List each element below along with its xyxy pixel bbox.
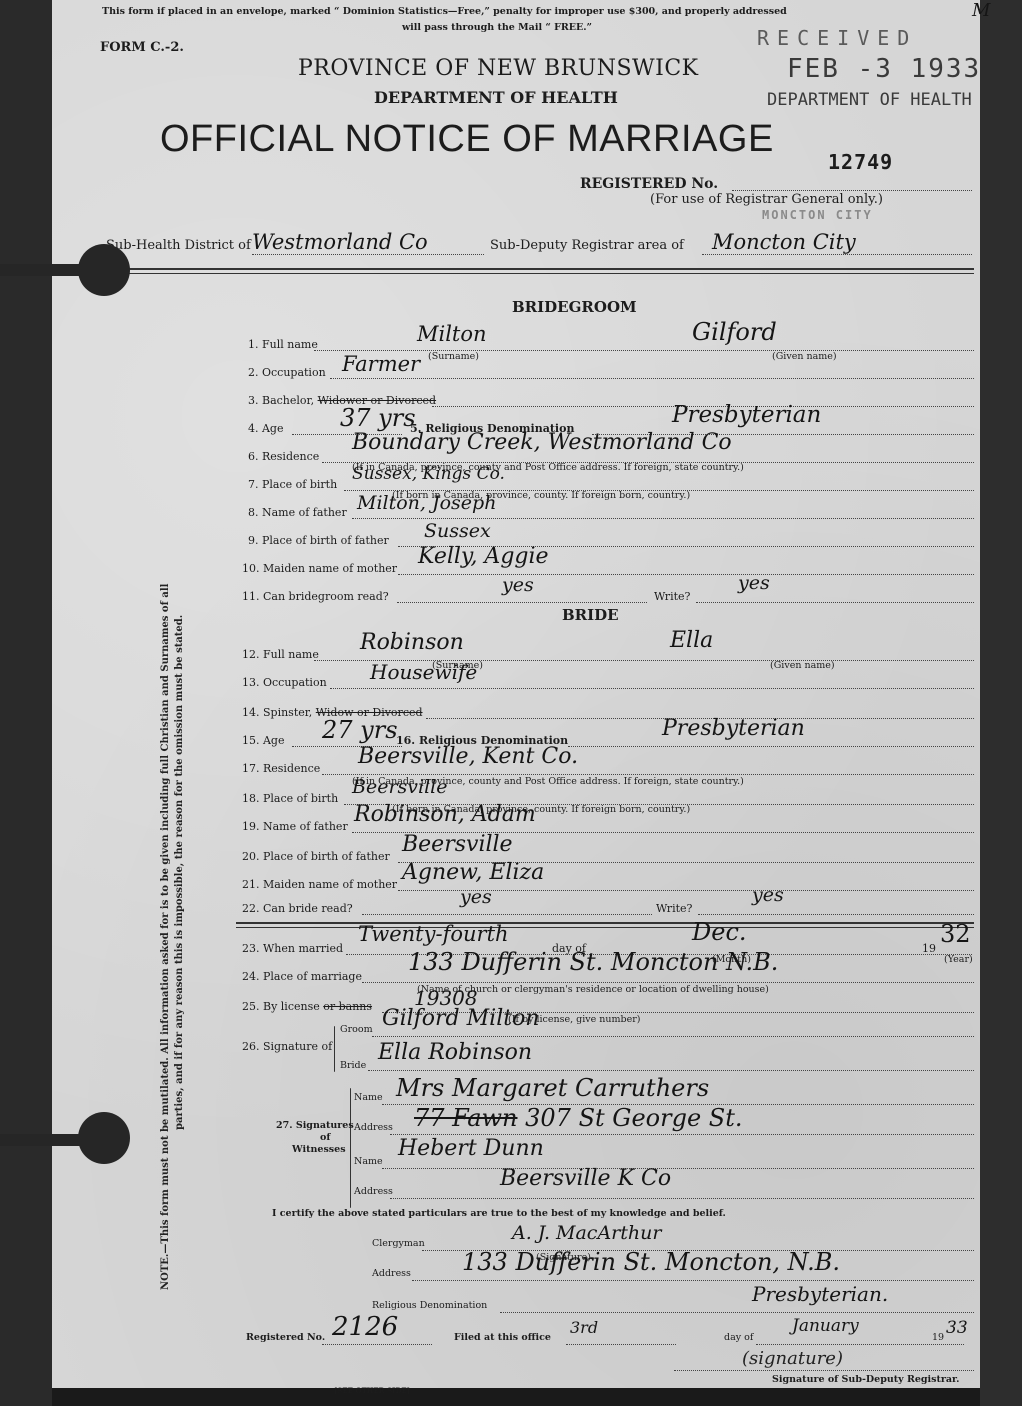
groom-given-caption: (Given name) <box>772 351 837 362</box>
groom-religion: Presbyterian <box>672 402 821 428</box>
witness1-address-value: 307 St George St. <box>525 1104 742 1132</box>
margin-note-line2: parties, and if for any reason this is i… <box>174 615 185 1130</box>
groom-signature: Gilford Milton <box>382 1006 539 1031</box>
bride-residence: Beersville, Kent Co. <box>358 744 578 769</box>
witness2-address-label: Address <box>354 1186 393 1197</box>
received-date-stamp: FEB -3 1933 <box>787 54 981 84</box>
bride-signature: Ella Robinson <box>378 1040 532 1065</box>
marriage-notice-document: This form if placed in an envelope, mark… <box>52 0 980 1388</box>
city-stamp: MONCTON CITY <box>762 208 873 222</box>
bride-full-name-label: 12. Full name <box>242 648 319 661</box>
registered-no-footer-line <box>322 1344 432 1345</box>
bride-given-name: Ella <box>670 628 713 653</box>
groom-age: 37 yrs <box>340 404 416 432</box>
postage-note-line1: This form if placed in an envelope, mark… <box>102 6 982 17</box>
registrar-caption: Signature of Sub-Deputy Registrar. <box>772 1374 960 1385</box>
filed-year-prefix: 19 <box>932 1332 944 1343</box>
province-heading: PROVINCE OF NEW BRUNSWICK <box>298 56 699 81</box>
clergyman-label: Clergyman <box>372 1238 425 1249</box>
clergyman-address-label: Address <box>372 1268 411 1279</box>
bride-birthplace: Beersville <box>352 776 448 798</box>
witnesses-label-line3: Witnesses <box>292 1144 346 1155</box>
groom-father-label: 8. Name of father <box>248 506 347 519</box>
groom-birthplace-label: 7. Place of birth <box>248 478 337 491</box>
bride-age-label: 15. Age <box>242 734 285 747</box>
filed-month: January <box>792 1316 859 1336</box>
see-other-side-note: [SEE OTHER SIDE] <box>334 1386 410 1395</box>
witness1-name-label: Name <box>354 1092 383 1103</box>
license-label: 25. By license or banns <box>242 1000 372 1013</box>
certification-statement: I certify the above stated particulars a… <box>272 1208 726 1219</box>
groom-mother: Kelly, Aggie <box>418 544 549 569</box>
groom-surname-caption: (Surname) <box>428 351 479 362</box>
department-heading: DEPARTMENT OF HEALTH <box>374 88 618 107</box>
registered-number-stamp: 12749 <box>828 150 893 174</box>
bride-surname: Robinson <box>360 630 464 655</box>
groom-status-bachelor: 3. Bachelor, <box>248 394 314 407</box>
scan-border-right <box>980 0 1022 1406</box>
form-id: FORM C.-2. <box>100 40 184 55</box>
filed-day: 3rd <box>570 1318 598 1337</box>
witness2-address-line <box>390 1198 974 1199</box>
groom-occupation-line <box>330 378 974 379</box>
witnesses-label-line1: 27. Signatures <box>276 1120 354 1131</box>
clergyman-address-line <box>412 1280 974 1281</box>
groom-father-birthplace-label: 9. Place of birth of father <box>248 534 389 547</box>
filed-year: 33 <box>946 1318 968 1338</box>
bride-write: yes <box>752 884 784 906</box>
witness1-address-struck: 77 Fawn <box>414 1104 518 1132</box>
filed-month-line <box>756 1344 964 1345</box>
bride-occupation-line <box>330 688 974 689</box>
corner-mark: M <box>972 0 990 21</box>
bride-status-spinster: 14. Spinster, <box>242 706 312 719</box>
witness1-address: 77 Fawn 307 St George St. <box>414 1104 743 1132</box>
groom-read-line <box>397 602 647 603</box>
groom-write: yes <box>738 572 770 594</box>
bride-residence-line <box>322 774 974 775</box>
sub-health-district-value: Westmorland Co <box>252 230 428 254</box>
groom-mother-label: 10. Maiden name of mother <box>242 562 397 575</box>
sub-deputy-area-line <box>702 254 972 255</box>
registrar-only-note: (For use of Registrar General only.) <box>650 192 883 207</box>
bride-read-label: 22. Can bride read? <box>242 902 353 915</box>
hole-punch-tab-bottom <box>0 1134 80 1146</box>
groom-read: yes <box>502 574 534 596</box>
groom-given-name: Gilford <box>692 318 777 346</box>
sub-health-district-label: Sub-Health District of <box>106 238 251 253</box>
groom-write-line <box>696 602 974 603</box>
sub-deputy-area-value: Moncton City <box>712 230 856 254</box>
filed-at-office-label: Filed at this office <box>454 1332 551 1343</box>
groom-father-line <box>352 518 974 519</box>
license-struck-banns: or banns <box>323 1000 372 1013</box>
witness2-name: Hebert Dunn <box>398 1136 544 1161</box>
sub-health-district-line <box>252 254 484 255</box>
witness2-name-label: Name <box>354 1156 383 1167</box>
groom-full-name-label: 1. Full name <box>248 338 318 351</box>
bride-mother: Agnew, Eliza <box>402 860 544 885</box>
bride-signature-label: Bride <box>340 1060 366 1071</box>
bride-read: yes <box>460 886 492 908</box>
groom-occupation-label: 2. Occupation <box>248 366 326 379</box>
witness-brace <box>350 1088 351 1208</box>
bride-age: 27 yrs <box>322 716 398 744</box>
postage-note-line2: will pass through the Mail “ FREE.” <box>402 22 592 33</box>
bride-write-label: Write? <box>656 902 692 915</box>
witness1-address-label: Address <box>354 1122 393 1133</box>
groom-residence-label: 6. Residence <box>248 450 319 463</box>
groom-surname: Milton <box>417 322 487 346</box>
sub-deputy-area-label: Sub-Deputy Registrar area of <box>490 238 684 253</box>
received-stamp: RECEIVED <box>757 26 917 50</box>
groom-residence: Boundary Creek, Westmorland Co <box>352 430 732 455</box>
groom-age-label: 4. Age <box>248 422 284 435</box>
witness2-address: Beersville K Co <box>500 1166 671 1191</box>
witnesses-label-line2: of <box>320 1132 330 1143</box>
registered-no-footer-label: Registered No. <box>246 1332 325 1343</box>
place-of-marriage-label: 24. Place of marriage <box>242 970 362 983</box>
registered-no-footer-value: 2126 <box>332 1312 398 1342</box>
bride-given-caption: (Given name) <box>770 660 835 671</box>
groom-signature-label: Groom <box>340 1024 373 1035</box>
witness2-name-line <box>382 1168 974 1169</box>
groom-father-birthplace: Sussex <box>424 520 491 542</box>
bride-religion: Presbyterian <box>662 716 805 741</box>
witness1-name: Mrs Margaret Carruthers <box>396 1074 709 1102</box>
marriage-month: Dec. <box>692 918 747 946</box>
bride-mother-label: 21. Maiden name of mother <box>242 878 397 891</box>
marriage-year: 32 <box>940 920 971 948</box>
clergyman-signature: A. J. MacArthur <box>512 1222 661 1244</box>
scan-border-left <box>0 0 52 1406</box>
bride-father-birthplace-label: 20. Place of birth of father <box>242 850 390 863</box>
header-divider <box>126 268 974 274</box>
registered-no-line <box>732 190 972 191</box>
marriage-day: Twenty-fourth <box>358 922 509 946</box>
license-label-text: 25. By license <box>242 1000 320 1013</box>
signature-of-label: 26. Signature of <box>242 1040 332 1053</box>
bride-write-line <box>698 914 974 915</box>
bride-father: Robinson, Adam <box>354 802 536 827</box>
place-of-marriage-line <box>362 982 974 983</box>
bride-occupation-label: 13. Occupation <box>242 676 327 689</box>
bride-occupation: Housewife <box>370 660 477 684</box>
registrar-signature-line <box>674 1370 974 1371</box>
hole-punch-bottom <box>78 1112 130 1164</box>
clergyman-religion: Presbyterian. <box>752 1282 888 1306</box>
hole-punch-top <box>78 244 130 296</box>
groom-signature-line <box>372 1036 974 1037</box>
registered-no-label: REGISTERED No. <box>580 176 718 192</box>
bride-residence-label: 17. Residence <box>242 762 320 775</box>
when-married-label: 23. When married <box>242 942 343 955</box>
bride-father-birthplace: Beersville <box>402 832 513 857</box>
year-prefix: 19 <box>922 942 936 955</box>
year-caption: (Year) <box>944 954 973 965</box>
document-title: OFFICIAL NOTICE OF MARRIAGE <box>160 118 774 161</box>
bridegroom-section-title: BRIDEGROOM <box>512 298 637 316</box>
groom-mother-line <box>398 574 974 575</box>
filed-day-of-label: day of <box>724 1332 753 1343</box>
bride-religion-line <box>568 746 974 747</box>
clergyman-religion-line <box>500 1312 974 1313</box>
filed-day-line <box>566 1344 676 1345</box>
place-of-marriage: 133 Dufferin St. Moncton N.B. <box>408 948 778 976</box>
bride-father-label: 19. Name of father <box>242 820 348 833</box>
margin-note-line1: NOTE.—This form must not be mutilated. A… <box>160 584 171 1290</box>
clergyman-religion-label: Religious Denomination <box>372 1300 487 1311</box>
hole-punch-tab-top <box>0 264 80 276</box>
signature-brace <box>334 1026 335 1072</box>
bride-read-line <box>362 914 652 915</box>
clergyman-address: 133 Dufferin St. Moncton, N.B. <box>462 1248 840 1276</box>
bride-signature-line <box>368 1070 974 1071</box>
department-stamp: DEPARTMENT OF HEALTH <box>767 90 972 110</box>
registrar-signature: (signature) <box>742 1348 843 1369</box>
bride-birthplace-label: 18. Place of birth <box>242 792 338 805</box>
groom-birthplace: Sussex, Kings Co. <box>352 464 505 484</box>
bride-section-divider <box>236 922 974 928</box>
groom-father: Milton, Joseph <box>357 492 496 514</box>
groom-write-label: Write? <box>654 590 690 603</box>
witness1-address-line <box>390 1134 974 1135</box>
groom-full-name-line <box>314 350 974 351</box>
groom-read-label: 11. Can bridegroom read? <box>242 590 389 603</box>
groom-occupation: Farmer <box>342 352 420 376</box>
bride-section-title: BRIDE <box>562 606 619 624</box>
